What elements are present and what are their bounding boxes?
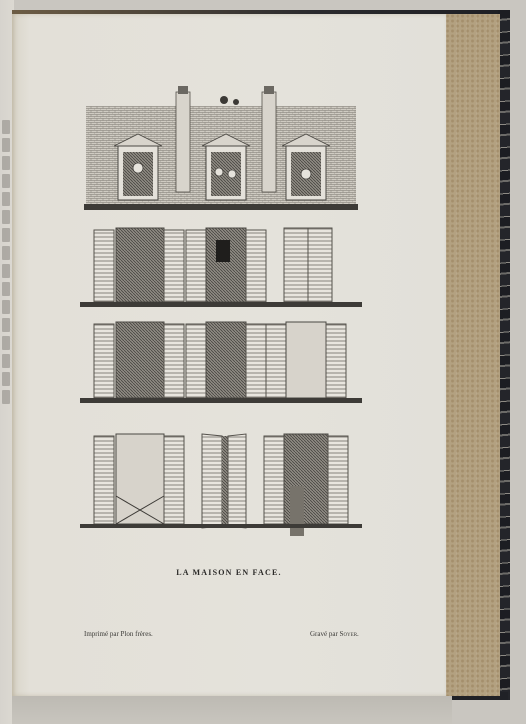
plate-title: LA MAISON EN FACE. <box>12 568 446 577</box>
table-surface <box>12 696 452 724</box>
engraver-credit: Gravé par Soyer. <box>310 630 359 638</box>
floor-third <box>80 228 362 307</box>
roof-attic <box>84 86 358 210</box>
printer-credit: Imprimé par Plon frères. <box>84 630 153 638</box>
engraver-name: Soyer. <box>340 630 359 638</box>
floor-first <box>80 434 362 536</box>
building-facade-engraving <box>76 86 366 546</box>
page-block-edge <box>446 14 500 696</box>
engraver-credit-prefix: Gravé par <box>310 630 340 638</box>
floor-second <box>80 322 362 403</box>
facing-page-text-fragments <box>2 120 12 408</box>
